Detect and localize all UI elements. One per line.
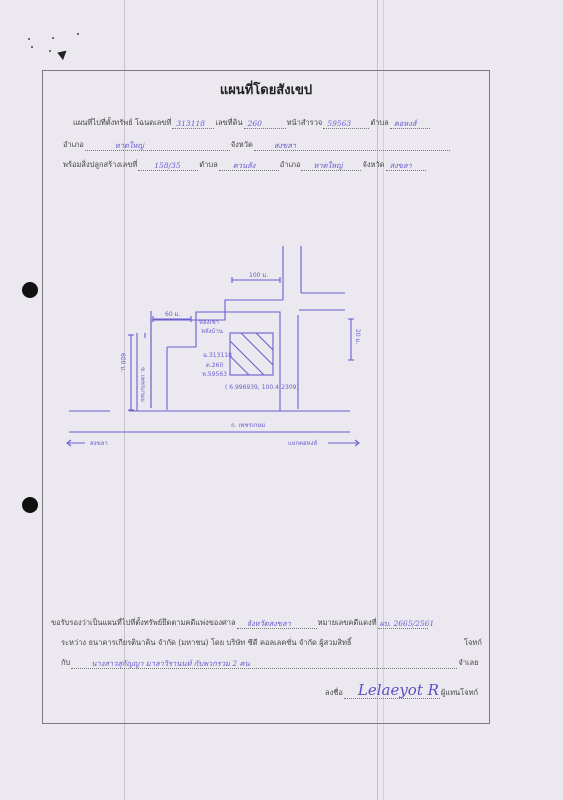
- plaintiff-label: โจทก์: [464, 637, 482, 649]
- scan-specks: [25, 30, 85, 70]
- house-label-1: หลังเช่า: [199, 319, 219, 326]
- with-label: กับ: [61, 657, 70, 669]
- defendant-row: กับ นางสาวสุกัญญา มาลาวิรานนท์ กับพวกรวม…: [61, 657, 478, 669]
- plaintiff-label-row: โจทก์: [464, 637, 482, 649]
- certify-label: ขอรับรองว่าเป็นแผนที่ไปที่ตั้งทรัพย์ยึดต…: [51, 617, 236, 629]
- direction-right-label: แยกคอหงส์: [288, 439, 318, 447]
- signature-row: ลงชื่อ Lelaeyot R ผู้แทนโจทก์: [325, 685, 478, 699]
- sign-label: ลงชื่อ: [325, 687, 343, 699]
- direction-left-label: สงขลา: [90, 440, 108, 447]
- punch-hole: [22, 497, 38, 513]
- gps-coordinates: ( 6.996939, 100.4(2309): [225, 384, 299, 391]
- plot-survey-text: ห.59563: [202, 371, 227, 378]
- punch-hole: [22, 282, 38, 298]
- dim-left-text: 600 ม.: [119, 353, 126, 372]
- plot-deed-text: ฉ.313118: [203, 352, 232, 359]
- road-label: ถ. เพชรเกษม: [231, 422, 265, 429]
- dim-mid-text: 60 ม.: [165, 311, 180, 318]
- between-row: ระหว่าง ธนาคารเกียรตินาคิน จำกัด (มหาชน)…: [61, 637, 351, 649]
- case-label: หมายเลขคดีแดงที่: [318, 617, 377, 629]
- soi-label: ซ. เพชรเกษม: [139, 367, 146, 402]
- sketch-map-form: แผนที่โดยสังเขป แผนที่ไปที่ตั้งทรัพย์ โฉ…: [42, 70, 490, 724]
- field-case-no: ผบ. 2665/2561: [378, 619, 428, 629]
- house-label-2: หลังบ้าน: [201, 328, 223, 335]
- dim-top-text: 100 ม.: [249, 272, 268, 279]
- dim-right-text: 20 ม.: [354, 329, 361, 344]
- plot-land-text: ด.260: [206, 362, 223, 369]
- field-court: จังหวัดสงขลา: [237, 619, 317, 629]
- field-defendants: นางสาวสุกัญญา มาลาวิรานนท์ กับพวกรวม 2 ค…: [71, 659, 457, 669]
- certify-row: ขอรับรองว่าเป็นแผนที่ไปที่ตั้งทรัพย์ยึดต…: [51, 617, 429, 629]
- signature: Lelaeyot R: [358, 681, 439, 699]
- between-text: ระหว่าง ธนาคารเกียรตินาคิน จำกัด (มหาชน)…: [61, 637, 351, 649]
- signer-role: ผู้แทนโจทก์: [441, 687, 478, 699]
- signature-field: Lelaeyot R: [344, 685, 440, 699]
- defendant-label: จำเลย: [458, 657, 478, 669]
